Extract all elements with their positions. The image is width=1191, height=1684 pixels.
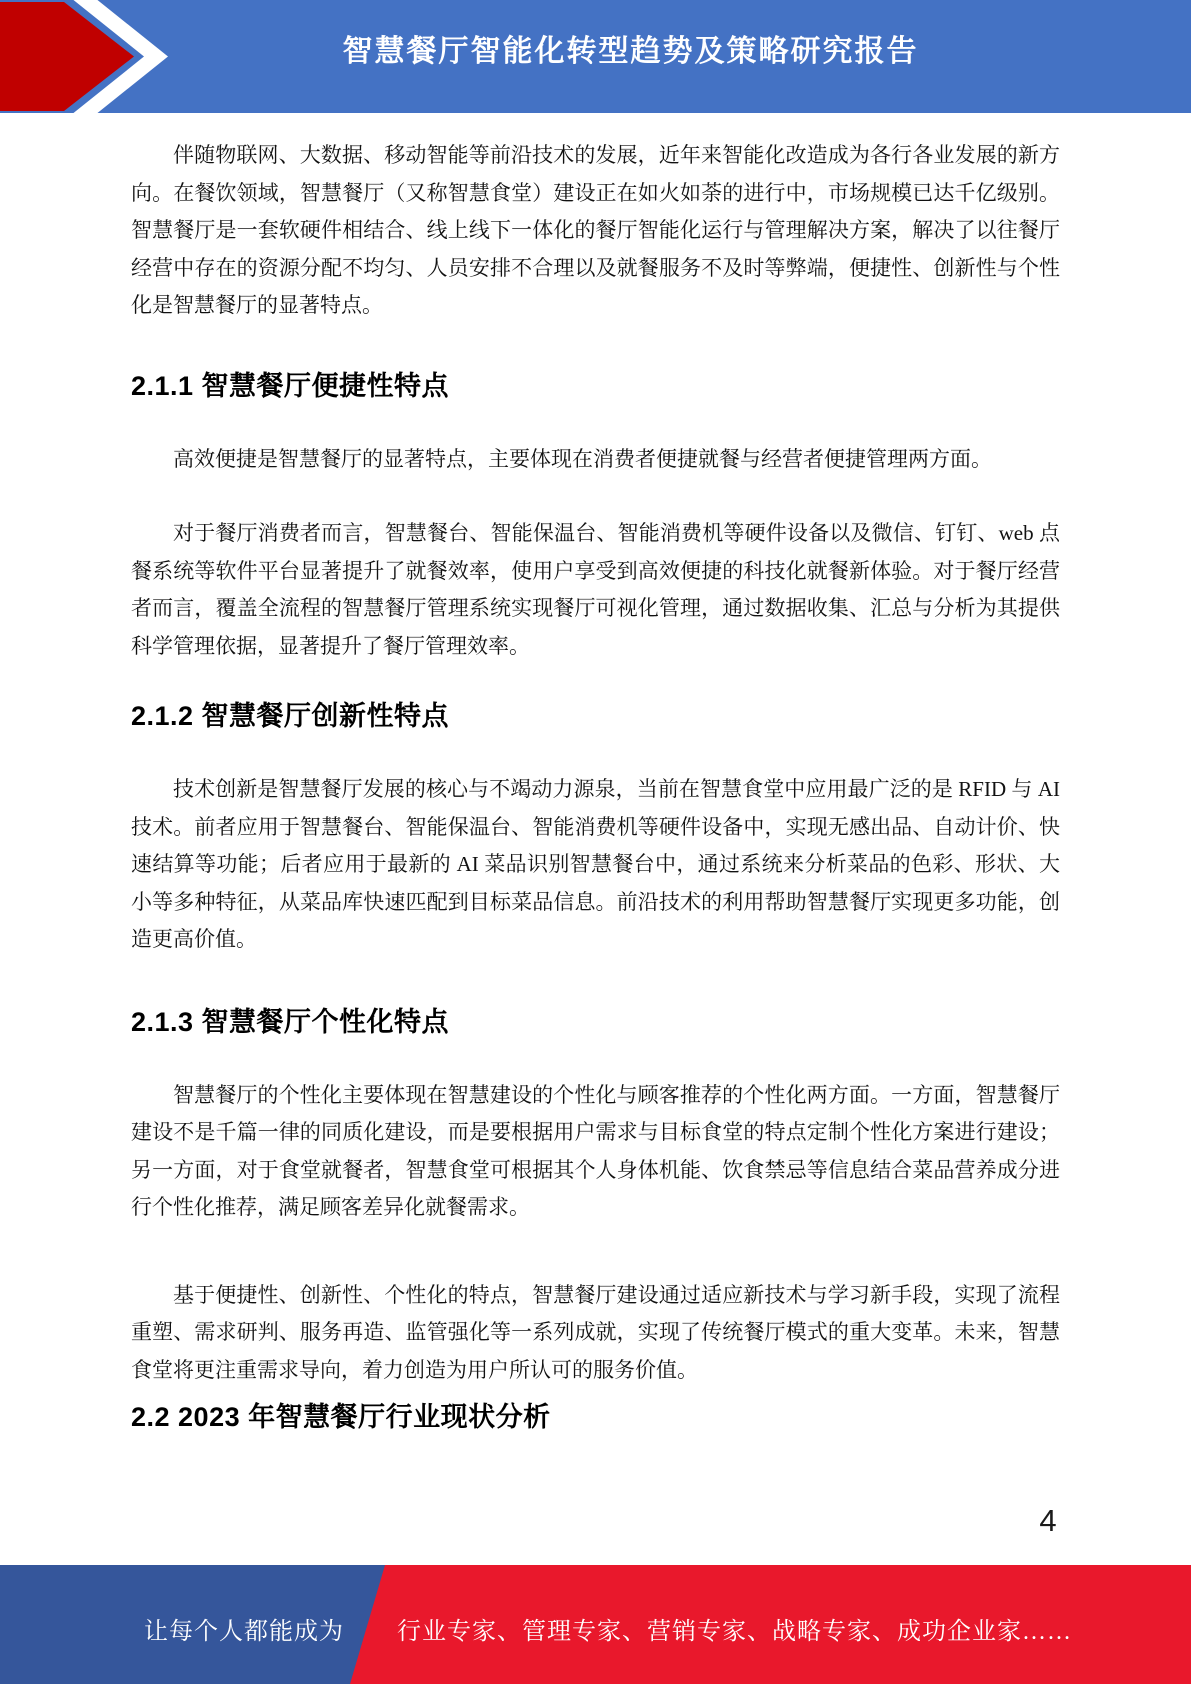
heading-2-1-1: 2.1.1 智慧餐厅便捷性特点 — [131, 367, 1060, 405]
paragraph-personalization-2: 基于便捷性、创新性、个性化的特点，智慧餐厅建设通过适应新技术与学习新手段，实现了… — [131, 1277, 1060, 1390]
page-footer: 让每个人都能成为 行业专家、管理专家、营销专家、战略专家、成功企业家…… — [0, 1565, 1191, 1684]
paragraph-convenience-2: 对于餐厅消费者而言，智慧餐台、智能保温台、智能消费机等硬件设备以及微信、钉钉、w… — [131, 515, 1060, 665]
report-page: 智慧餐厅智能化转型趋势及策略研究报告 伴随物联网、大数据、移动智能等前沿技术的发… — [0, 0, 1191, 1684]
heading-2-2: 2.2 2023 年智慧餐厅行业现状分析 — [131, 1398, 1060, 1436]
heading-2-1-2: 2.1.2 智慧餐厅创新性特点 — [131, 697, 1060, 735]
heading-2-1-3: 2.1.3 智慧餐厅个性化特点 — [131, 1003, 1060, 1041]
page-number: 4 — [1028, 1503, 1068, 1539]
footer-slogan-right: 行业专家、管理专家、营销专家、战略专家、成功企业家…… — [397, 1611, 1072, 1646]
paragraph-personalization-1: 智慧餐厅的个性化主要体现在智慧建设的个性化与顾客推荐的个性化两方面。一方面，智慧… — [131, 1077, 1060, 1227]
report-title: 智慧餐厅智能化转型趋势及策略研究报告 — [170, 0, 1091, 96]
paragraph-innovation: 技术创新是智慧餐厅发展的核心与不竭动力源泉，当前在智慧食堂中应用最广泛的是 RF… — [131, 771, 1060, 959]
page-header: 智慧餐厅智能化转型趋势及策略研究报告 — [0, 0, 1191, 113]
intro-paragraph: 伴随物联网、大数据、移动智能等前沿技术的发展，近年来智能化改造成为各行各业发展的… — [131, 137, 1060, 325]
paragraph-convenience-1: 高效便捷是智慧餐厅的显著特点，主要体现在消费者便捷就餐与经营者便捷管理两方面。 — [131, 441, 1060, 479]
red-arrow-icon — [0, 0, 170, 113]
document-body: 伴随物联网、大数据、移动智能等前沿技术的发展，近年来智能化改造成为各行各业发展的… — [0, 137, 1191, 1436]
footer-slogan-left: 让每个人都能成为 — [0, 1611, 344, 1646]
